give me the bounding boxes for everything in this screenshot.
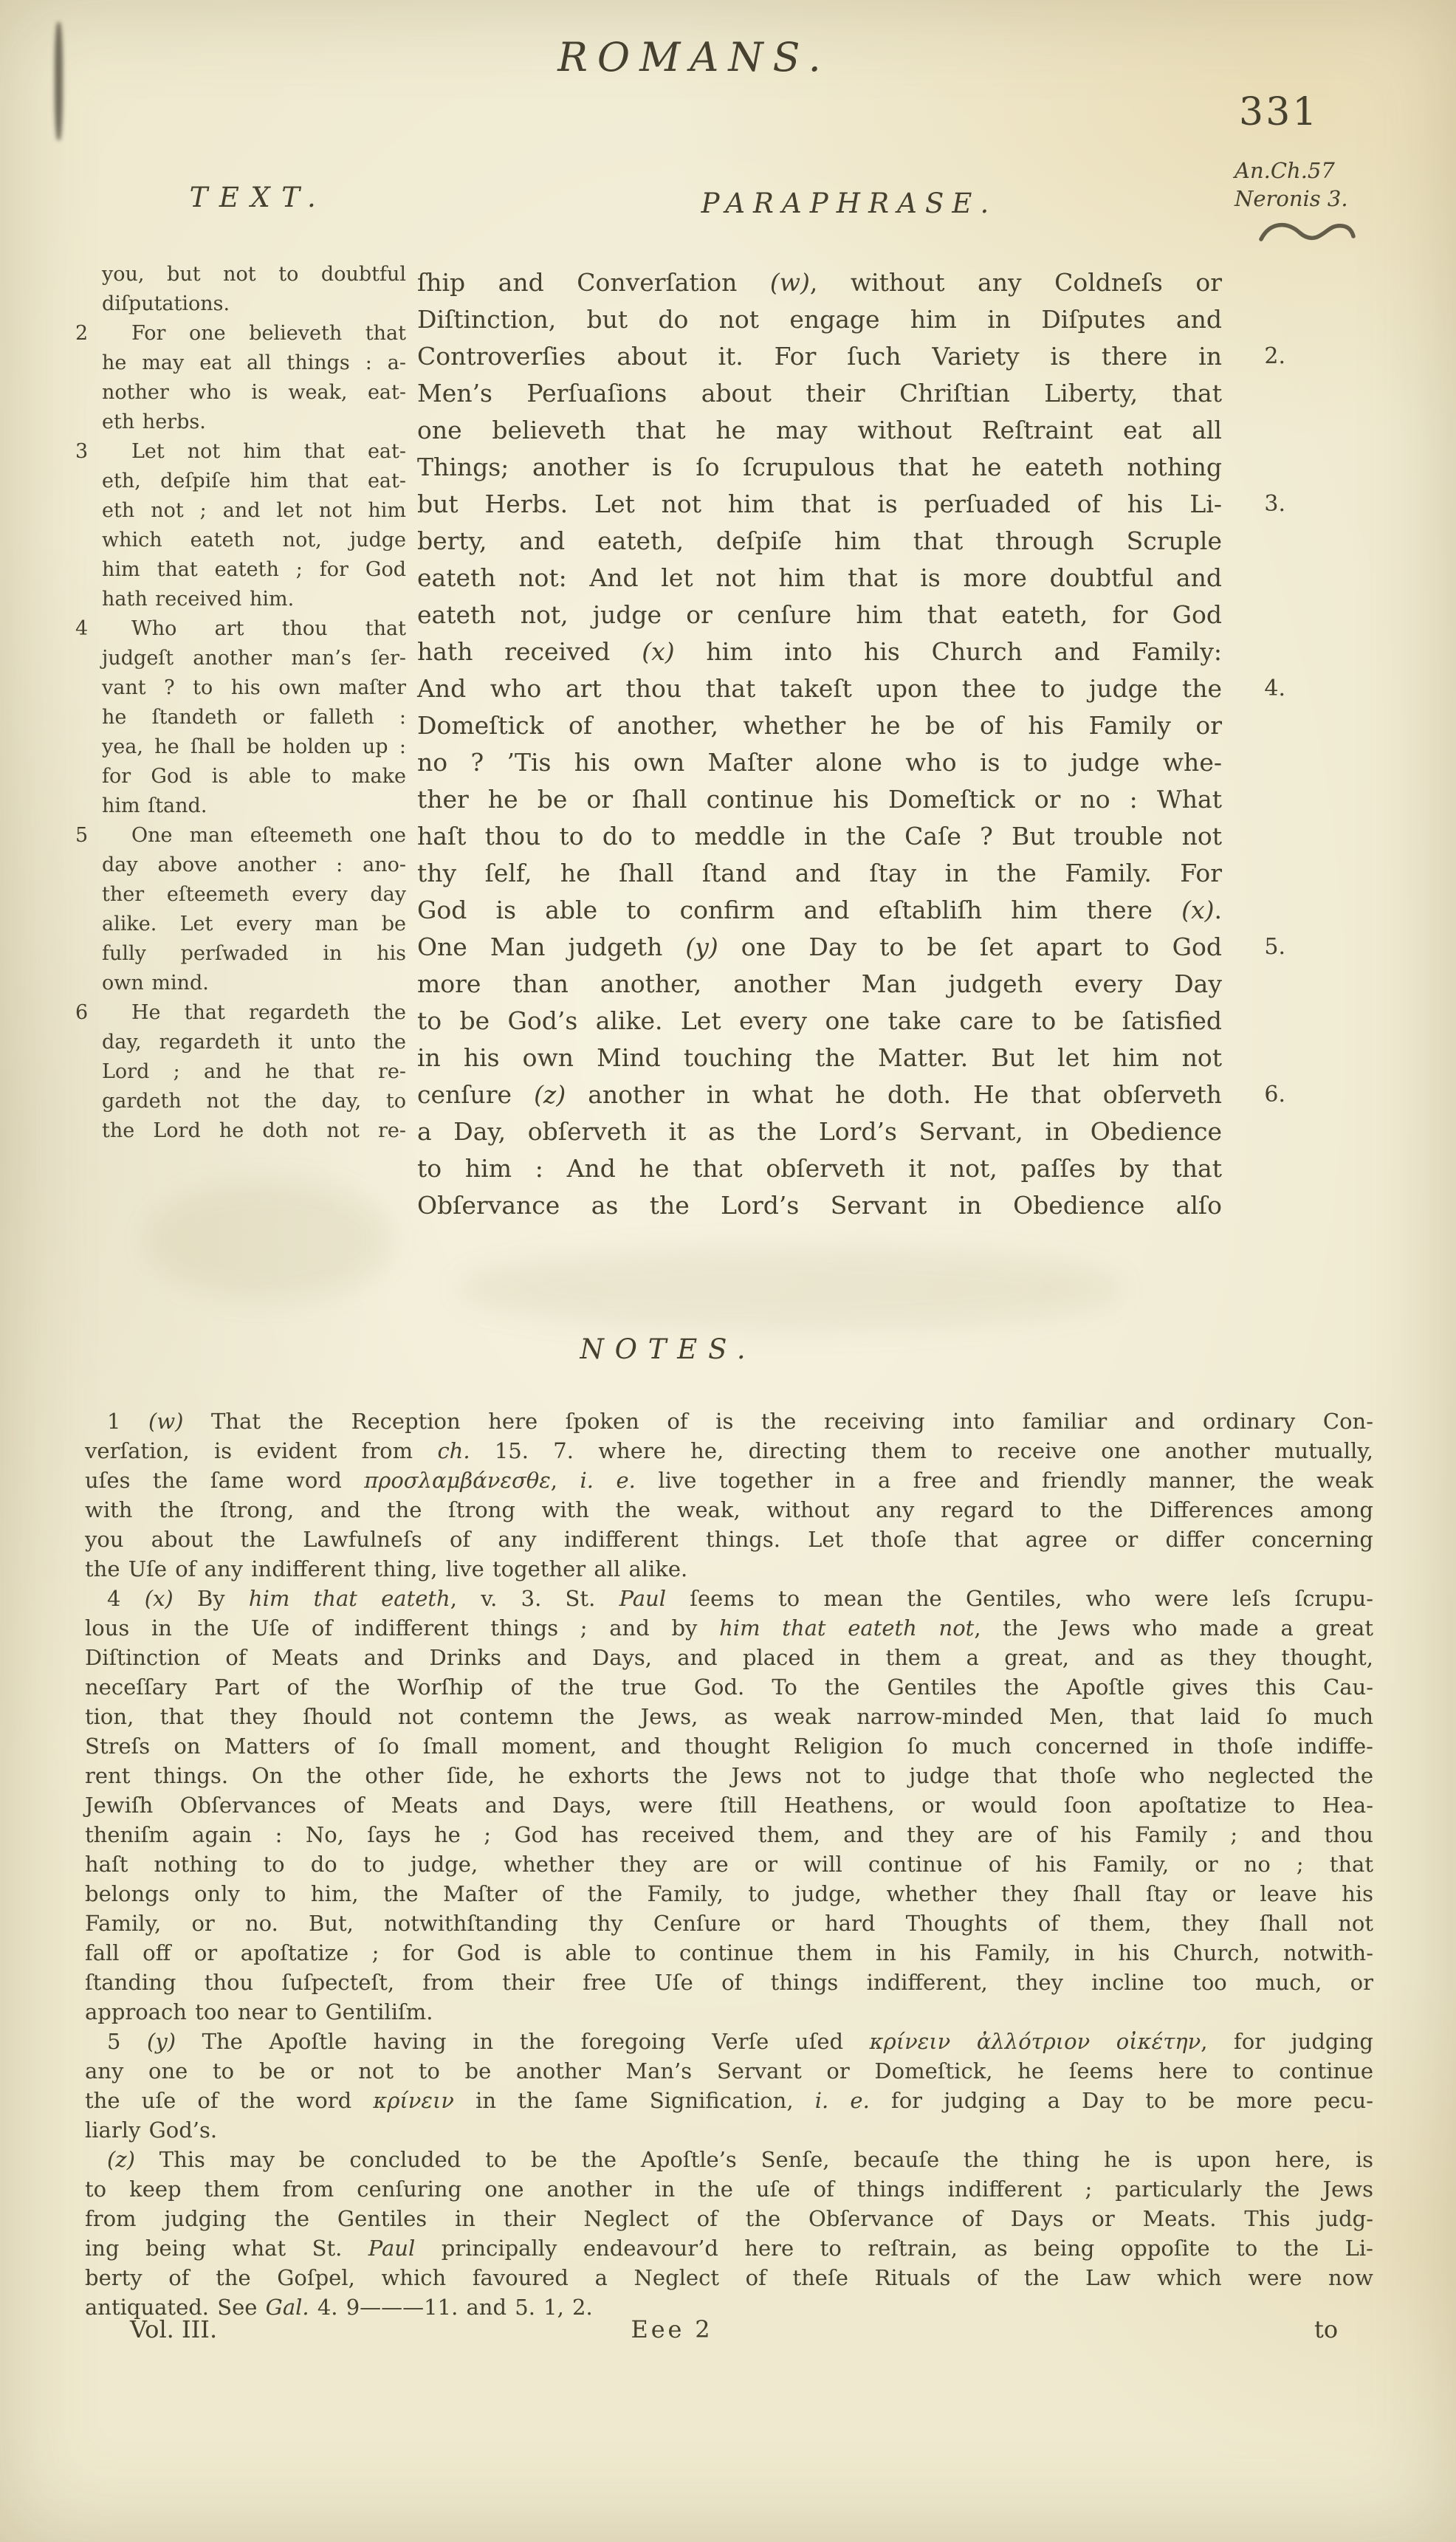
text-line: eth, deſpiſe him that eat- bbox=[102, 467, 406, 496]
text-line: 6He that regardeth the bbox=[102, 998, 406, 1028]
text-line: haſt nothing to do to judge, whether the… bbox=[85, 1849, 1373, 1879]
text-line: nother who is weak, eat- bbox=[102, 378, 406, 408]
text-line: neceſſary Part of the Worſhip of the tru… bbox=[85, 1672, 1373, 1702]
text-line: Lord ; and he that re- bbox=[102, 1057, 406, 1087]
text-line: 4Who art thou that bbox=[102, 614, 406, 644]
text-line: the uſe of the word κρίνειν in the ſame … bbox=[85, 2086, 1373, 2115]
verse-number: 3 bbox=[75, 437, 88, 467]
text-line: ther eſteemeth every day bbox=[102, 880, 406, 910]
text-line: 2For one believeth that bbox=[102, 319, 406, 348]
text-line: ſtanding thou ſuſpecteſt, from their fre… bbox=[85, 1968, 1373, 1997]
text-line: Diſtinction, but do not engage him in Di… bbox=[417, 301, 1222, 338]
text-line: rent things. On the other ſide, he exhor… bbox=[85, 1761, 1373, 1790]
text-line: theniſm again : No, ſays he ; God has re… bbox=[85, 1820, 1373, 1849]
text-line: 4 (x) By him that eateth, v. 3. St. Paul… bbox=[85, 1584, 1373, 1613]
text-line: lous in the Uſe of indifferent things ; … bbox=[85, 1613, 1373, 1643]
text-line: (z) This may be concluded to be the Apoſ… bbox=[85, 2145, 1373, 2174]
catchword: to bbox=[1314, 2315, 1338, 2343]
text-line: gardeth not the day, to bbox=[102, 1087, 406, 1116]
text-line: day above another : ano- bbox=[102, 851, 406, 880]
text-line: ing being what St. Paul principally ende… bbox=[85, 2233, 1373, 2263]
text-line: the Lord he doth not re- bbox=[102, 1116, 406, 1146]
verse-number: 2 bbox=[75, 319, 88, 348]
text-line: a Day, obſerveth it as the Lord’s Servan… bbox=[417, 1113, 1222, 1150]
text-line: uſes the ſame word προσλαμβάνεσθε, i. e.… bbox=[85, 1466, 1373, 1495]
verse-number-margin: 2. bbox=[1264, 338, 1285, 375]
text-line: Family, or no. But, notwithſtanding thy … bbox=[85, 1909, 1373, 1938]
text-line: with the ſtrong, and the ſtrong with the… bbox=[85, 1495, 1373, 1525]
text-line: to keep them from cenſuring one another … bbox=[85, 2174, 1373, 2204]
text-line: 5 (y) The Apoſtle having in the foregoin… bbox=[85, 2027, 1373, 2056]
text-line: eateth not, judge or cenſure him that ea… bbox=[417, 597, 1222, 633]
text-line: haſt thou to do to meddle in the Caſe ? … bbox=[417, 818, 1222, 855]
text-line: God is able to confirm and eſtabliſh him… bbox=[417, 892, 1222, 929]
text-line: Men’s Perſuaſions about their Chriſtian … bbox=[417, 375, 1222, 412]
text-line: Diſtinction of Meats and Drinks and Days… bbox=[85, 1643, 1373, 1672]
text-line: in his own Mind touching the Matter. But… bbox=[417, 1040, 1222, 1076]
text-line: for God is able to make bbox=[102, 762, 406, 791]
verse-number-margin: 6. bbox=[1264, 1076, 1285, 1113]
text-line: fully perſwaded in his bbox=[102, 939, 406, 969]
text-line: no ? ’Tis his own Maſter alone who is to… bbox=[417, 744, 1222, 781]
margin-date-note: An.Ch.57 Neronis 3. bbox=[1234, 157, 1397, 213]
scripture-text-column: you, but not to doubtfuldiſputations.2Fo… bbox=[102, 260, 406, 1146]
verse-number: 6 bbox=[75, 998, 88, 1028]
text-line: cenſure (z) another in what he doth. He … bbox=[417, 1076, 1222, 1113]
text-line: berty of the Goſpel, which favoured a Ne… bbox=[85, 2263, 1373, 2292]
text-line: ther he be or ſhall continue his Domeſti… bbox=[417, 781, 1222, 818]
text-line: And who art thou that takeſt upon thee t… bbox=[417, 670, 1222, 707]
text-line: 3Let not him that eat- bbox=[102, 437, 406, 467]
text-line: but Herbs. Let not him that is perſuaded… bbox=[417, 486, 1222, 523]
text-line: him ſtand. bbox=[102, 791, 406, 821]
text-line: eth not ; and let not him bbox=[102, 496, 406, 526]
text-line: he may eat all things : a- bbox=[102, 348, 406, 378]
text-line: fall off or apoſtatize ; for God is able… bbox=[85, 1938, 1373, 1968]
text-line: eth herbs. bbox=[102, 408, 406, 437]
text-line: Controverſies about it. For ſuch Variety… bbox=[417, 338, 1222, 375]
text-line: the Uſe of any indifferent thing, live t… bbox=[85, 1554, 1373, 1584]
text-line: to him : And he that obſerveth it not, p… bbox=[417, 1150, 1222, 1187]
text-line: one believeth that he may without Reſtra… bbox=[417, 412, 1222, 449]
binding-shadow bbox=[55, 22, 63, 140]
text-line: vant ? to his own maſter bbox=[102, 673, 406, 703]
text-line: you, but not to doubtful bbox=[102, 260, 406, 289]
text-column-heading: TEXT. bbox=[111, 182, 406, 213]
text-line: Streſs on Matters of ſo ſmall moment, an… bbox=[85, 1731, 1373, 1761]
text-line: he ſtandeth or falleth : bbox=[102, 703, 406, 732]
text-line: own mind. bbox=[102, 969, 406, 998]
text-line: 1 (w) That the Reception here ſpoken of … bbox=[85, 1406, 1373, 1436]
text-line: alike. Let every man be bbox=[102, 910, 406, 939]
notes-section: 1 (w) That the Reception here ſpoken of … bbox=[85, 1406, 1373, 2322]
margin-note-line1: An.Ch.57 bbox=[1234, 157, 1397, 185]
verse-number: 5 bbox=[75, 821, 88, 851]
text-line: Obſervance as the Lord’s Servant in Obed… bbox=[417, 1187, 1222, 1224]
paraphrase-column-heading: PARAPHRASE. bbox=[517, 188, 1181, 219]
text-line: yea, he ſhall be holden up : bbox=[102, 732, 406, 762]
paraphrase-column: ſhip and Converſation (w), without any C… bbox=[417, 264, 1222, 1224]
book-page: ROMANS. 331 An.Ch.57 Neronis 3. TEXT. PA… bbox=[0, 0, 1456, 2542]
gathering-signature: Eee 2 bbox=[591, 2315, 753, 2343]
text-line: eateth not: And let not him that is more… bbox=[417, 560, 1222, 597]
text-line: thy ſelf, he ſhall ſtand and ſtay in the… bbox=[417, 855, 1222, 892]
text-line: Things; another is ſo ſcrupulous that he… bbox=[417, 449, 1222, 486]
text-line: verſation, is evident from ch. 15. 7. wh… bbox=[85, 1436, 1373, 1466]
text-line: hath received him. bbox=[102, 585, 406, 614]
text-line: you about the Lawfulneſs of any indiffer… bbox=[85, 1525, 1373, 1554]
text-line: which eateth not, judge bbox=[102, 526, 406, 555]
text-line: Domeſtick of another, whether he be of h… bbox=[417, 707, 1222, 744]
running-title: ROMANS. bbox=[325, 34, 1063, 80]
text-line: belongs only to him, the Maſter of the F… bbox=[85, 1879, 1373, 1909]
text-line: Jewiſh Obſervances of Meats and Days, we… bbox=[85, 1790, 1373, 1820]
show-through-blot bbox=[458, 1248, 1122, 1329]
verse-number-margin: 4. bbox=[1264, 670, 1285, 707]
verse-number-margin: 3. bbox=[1264, 486, 1285, 523]
show-through-blot bbox=[148, 1181, 391, 1299]
text-line: approach too near to Gentiliſm. bbox=[85, 1997, 1373, 2027]
text-line: diſputations. bbox=[102, 289, 406, 319]
text-line: liarly God’s. bbox=[85, 2115, 1373, 2145]
flourish-squiggle-icon bbox=[1255, 219, 1359, 251]
text-line: to be God’s alike. Let every one take ca… bbox=[417, 1003, 1222, 1040]
text-line: judgeſt another man’s ſer- bbox=[102, 644, 406, 673]
text-line: hath received (x) him into his Church an… bbox=[417, 633, 1222, 670]
text-line: ſhip and Converſation (w), without any C… bbox=[417, 264, 1222, 301]
text-line: him that eateth ; for God bbox=[102, 555, 406, 585]
text-line: tion, that they ſhould not contemn the J… bbox=[85, 1702, 1373, 1731]
text-line: berty, and eateth, deſpiſe him that thro… bbox=[417, 523, 1222, 560]
text-line: from judging the Gentiles in their Negle… bbox=[85, 2204, 1373, 2233]
margin-note-line2: Neronis 3. bbox=[1234, 185, 1397, 213]
volume-label: Vol. III. bbox=[130, 2315, 217, 2343]
page-number: 331 bbox=[1239, 90, 1319, 134]
text-line: any one to be or not to be another Man’s… bbox=[85, 2056, 1373, 2086]
text-line: 5One man eſteemeth one bbox=[102, 821, 406, 851]
verse-number: 4 bbox=[75, 614, 88, 644]
verse-number-margin: 5. bbox=[1264, 929, 1285, 966]
text-line: day, regardeth it unto the bbox=[102, 1028, 406, 1057]
text-line: One Man judgeth (y) one Day to be ſet ap… bbox=[417, 929, 1222, 966]
text-line: more than another, another Man judgeth e… bbox=[417, 966, 1222, 1003]
notes-heading: NOTES. bbox=[484, 1333, 853, 1365]
